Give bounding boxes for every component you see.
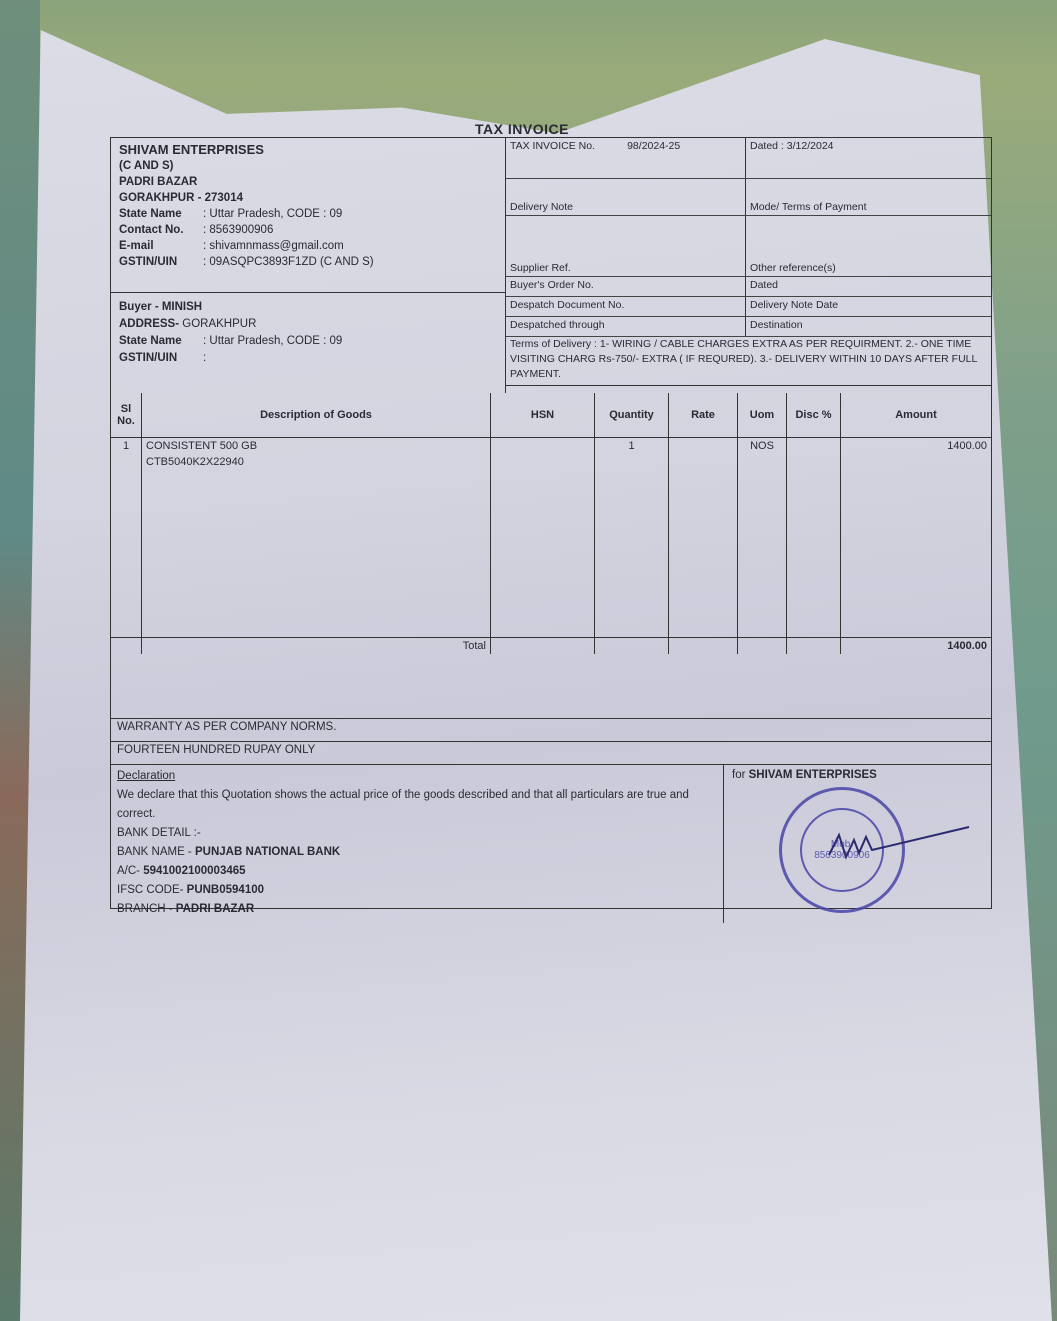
col-quantity: Quantity	[595, 393, 669, 438]
seller-address2: GORAKHPUR - 273014	[119, 190, 497, 206]
seller-state-label: State Name	[119, 206, 203, 222]
seller-address1: PADRI BAZAR	[119, 174, 497, 190]
other-ref-label: Other reference(s)	[746, 260, 991, 276]
seller-name: SHIVAM ENTERPRISES	[119, 142, 497, 158]
ifsc-value: PUNB0594100	[187, 884, 264, 896]
declaration-section: Declaration We declare that this Quotati…	[111, 764, 991, 923]
table-row: 1 CONSISTENT 500 GB CTB5040K2X22940 1 NO…	[111, 438, 991, 638]
warranty-note: WARRANTY AS PER COMPANY NORMS.	[111, 718, 991, 741]
items-table: Sl No. Description of Goods HSN Quantity…	[111, 393, 991, 673]
terms-of-delivery: Terms of Delivery : 1- WIRING / CABLE CH…	[506, 334, 991, 386]
seller-email-label: E-mail	[119, 238, 203, 254]
invoice-frame: SHIVAM ENTERPRISES (C AND S) PADRI BAZAR…	[110, 137, 992, 909]
dated-value: 3/12/2024	[787, 140, 834, 152]
buyer-address-value: GORAKHPUR	[182, 318, 256, 330]
buyers-order-label: Buyer's Order No.	[506, 277, 746, 296]
buyer-address-label: ADDRESS-	[119, 318, 179, 330]
row-disc	[787, 438, 841, 638]
invoice-title: TAX INVOICE	[475, 121, 569, 137]
invoice-footer: WARRANTY AS PER COMPANY NORMS. FOURTEEN …	[111, 718, 991, 923]
total-label: Total	[142, 638, 491, 655]
invoice-no-label: TAX INVOICE No.	[510, 140, 595, 152]
col-uom: Uom	[738, 393, 787, 438]
row-rate	[669, 438, 738, 638]
amount-in-words: FOURTEEN HUNDRED RUPAY ONLY	[111, 741, 991, 764]
col-rate: Rate	[669, 393, 738, 438]
row-uom: NOS	[738, 438, 787, 638]
seller-suffix: (C AND S)	[119, 158, 497, 174]
for-label: for	[732, 769, 745, 781]
buyer-state-label: State Name	[119, 333, 203, 350]
seller-state-value: : Uttar Pradesh, CODE : 09	[203, 208, 342, 220]
row-quantity: 1	[595, 438, 669, 638]
mode-terms-label: Mode/ Terms of Payment	[746, 199, 991, 215]
invoice-no-value: 98/2024-25	[627, 140, 680, 152]
col-amount: Amount	[841, 393, 992, 438]
buyer-label: Buyer	[119, 301, 152, 313]
seller-block: SHIVAM ENTERPRISES (C AND S) PADRI BAZAR…	[111, 138, 506, 293]
total-value: 1400.00	[841, 638, 992, 655]
bank-name-value: PUNJAB NATIONAL BANK	[195, 846, 340, 858]
seller-contact-label: Contact No.	[119, 222, 203, 238]
invoice-meta: TAX INVOICE No. 98/2024-25 Dated : 3/12/…	[506, 138, 991, 337]
buyer-gstin-value: :	[203, 352, 206, 364]
buyer-state-value: : Uttar Pradesh, CODE : 09	[203, 335, 342, 347]
row-hsn	[491, 438, 595, 638]
ac-value: 5941002100003465	[143, 865, 245, 877]
ifsc-label: IFSC CODE-	[117, 884, 183, 896]
declaration-text: We declare that this Quotation shows the…	[117, 786, 717, 824]
bank-name-label: BANK NAME -	[117, 846, 192, 858]
item-name: CONSISTENT 500 GB	[146, 440, 486, 452]
signatory-block: for SHIVAM ENTERPRISES Mob. 8563900906	[724, 765, 991, 923]
total-row: Total 1400.00	[111, 638, 991, 655]
dated-label: Dated :	[750, 140, 784, 152]
branch-label: BRANCH -	[117, 903, 173, 915]
seller-gstin-value: : 09ASQPC3893F1ZD (C AND S)	[203, 256, 374, 268]
seller-gstin-label: GSTIN/UIN	[119, 254, 203, 270]
supplier-ref-label: Supplier Ref.	[506, 216, 746, 276]
declaration-heading: Declaration	[117, 767, 717, 786]
despatch-doc-label: Despatch Document No.	[506, 297, 746, 316]
item-serial: CTB5040K2X22940	[146, 456, 486, 468]
col-disc: Disc %	[787, 393, 841, 438]
row-sl: 1	[111, 438, 142, 638]
bank-heading: BANK DETAIL :-	[117, 824, 717, 843]
col-description: Description of Goods	[142, 393, 491, 438]
branch-value: PADRI BAZAR	[176, 903, 254, 915]
col-sl: Sl No.	[111, 393, 142, 438]
buyer-value: - MINISH	[155, 301, 202, 313]
declaration-block: Declaration We declare that this Quotati…	[111, 765, 724, 923]
buyer-block: Buyer - MINISH ADDRESS- GORAKHPUR State …	[111, 293, 506, 393]
col-hsn: HSN	[491, 393, 595, 438]
delivery-note-label: Delivery Note	[506, 179, 746, 215]
signature-icon	[824, 825, 974, 865]
row-amount: 1400.00	[841, 438, 992, 638]
seller-contact-value: : 8563900906	[203, 224, 273, 236]
signatory-company: SHIVAM ENTERPRISES	[749, 769, 877, 781]
row-description: CONSISTENT 500 GB CTB5040K2X22940	[142, 438, 491, 638]
ac-label: A/C-	[117, 865, 140, 877]
seller-email-value: : shivamnmass@gmail.com	[203, 240, 344, 252]
order-dated-label: Dated	[746, 277, 991, 296]
buyer-gstin-label: GSTIN/UIN	[119, 350, 203, 367]
delivery-note-date-label: Delivery Note Date	[746, 297, 991, 316]
